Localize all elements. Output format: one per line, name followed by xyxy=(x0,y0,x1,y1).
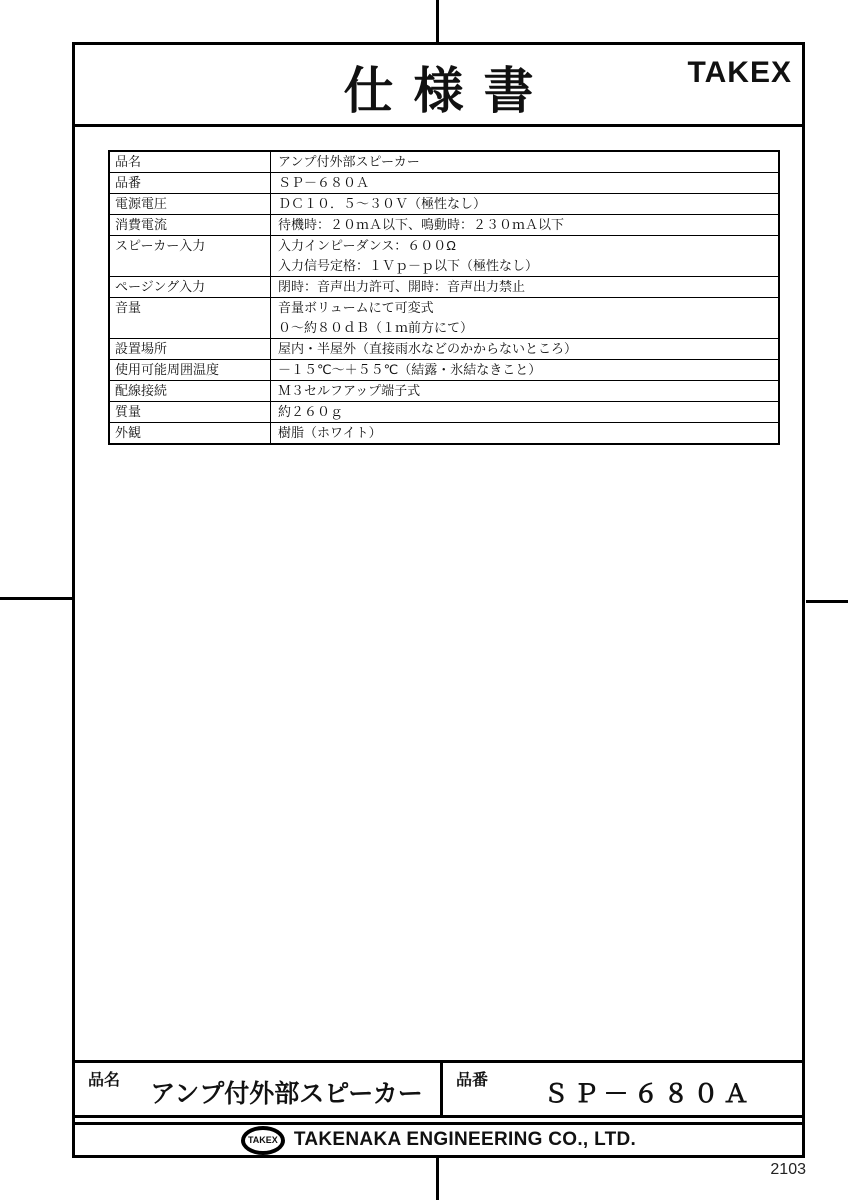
document-title: 仕様書 xyxy=(324,51,554,123)
spec-value: 音量ボリュームにて可変式 ０～約８０ｄＢ（１ｍ前方にて） xyxy=(271,298,778,338)
company-bar: TAKEX TAKENAKA ENGINEERING CO., LTD. xyxy=(75,1122,802,1155)
spec-label: ページング入力 xyxy=(110,277,271,297)
spec-value: 閉時：音声出力許可、開時：音声出力禁止 xyxy=(271,277,778,297)
spec-value: －１５℃～＋５５℃（結露・氷結なきこと） xyxy=(271,360,778,380)
product-name-cell: 品名 アンプ付外部スピーカー xyxy=(75,1063,443,1115)
spec-label: 使用可能周囲温度 xyxy=(110,360,271,380)
product-id-box: 品名 アンプ付外部スピーカー 品番 ＳＰ－６８０Ａ xyxy=(72,1060,805,1118)
crop-mark-left xyxy=(0,597,75,600)
table-row: スピーカー入力 入力インピーダンス：６００Ω 入力信号定格：１Ｖｐ－ｐ以下（極性… xyxy=(110,235,778,276)
header-band: 仕様書 TAKEX xyxy=(75,45,802,127)
spec-value: 入力インピーダンス：６００Ω 入力信号定格：１Ｖｐ－ｐ以下（極性なし） xyxy=(271,236,778,276)
spec-label: スピーカー入力 xyxy=(110,236,271,276)
takex-brand-logo: TAKEX xyxy=(688,56,792,90)
spec-value: 約２６０ｇ xyxy=(271,402,778,422)
table-row: 質量 約２６０ｇ xyxy=(110,401,778,422)
crop-mark-top xyxy=(436,0,439,43)
table-row: 音量 音量ボリュームにて可変式 ０～約８０ｄＢ（１ｍ前方にて） xyxy=(110,297,778,338)
spec-label: 品名 xyxy=(110,152,271,172)
spec-value: 屋内・半屋外（直接雨水などのかからないところ） xyxy=(271,339,778,359)
takex-oval-text: TAKEX xyxy=(248,1135,278,1145)
table-row: 配線接続 Ｍ３セルフアップ端子式 xyxy=(110,380,778,401)
spec-value: 樹脂（ホワイト） xyxy=(271,423,778,443)
spec-table: 品名 アンプ付外部スピーカー 品番 ＳＰ－６８０Ａ 電源電圧 ＤＣ１０．５～３０… xyxy=(108,150,780,445)
table-row: 消費電流 待機時：２０ｍＡ以下、鳴動時：２３０ｍＡ以下 xyxy=(110,214,778,235)
company-name: TAKENAKA ENGINEERING CO., LTD. xyxy=(294,1129,636,1151)
spec-label: 消費電流 xyxy=(110,215,271,235)
product-model-cell: 品番 ＳＰ－６８０Ａ xyxy=(443,1063,802,1115)
spec-label: 質量 xyxy=(110,402,271,422)
spec-value: ＳＰ－６８０Ａ xyxy=(271,173,778,193)
table-row: 使用可能周囲温度 －１５℃～＋５５℃（結露・氷結なきこと） xyxy=(110,359,778,380)
table-row: 品名 アンプ付外部スピーカー xyxy=(110,152,778,172)
table-row: 電源電圧 ＤＣ１０．５～３０Ｖ（極性なし） xyxy=(110,193,778,214)
spec-label: 配線接続 xyxy=(110,381,271,401)
takex-oval-icon: TAKEX xyxy=(241,1126,285,1155)
spec-label: 電源電圧 xyxy=(110,194,271,214)
spec-sheet-page: 仕様書 TAKEX TAKEX TAKENAKA ENGINEERING CO.… xyxy=(0,0,848,1200)
spec-label: 品番 xyxy=(110,173,271,193)
table-row: ページング入力 閉時：音声出力許可、開時：音声出力禁止 xyxy=(110,276,778,297)
page-number: 2103 xyxy=(758,1161,806,1179)
spec-value: アンプ付外部スピーカー xyxy=(271,152,778,172)
product-model-value: ＳＰ－６８０Ａ xyxy=(443,1074,802,1110)
spec-label: 外観 xyxy=(110,423,271,443)
product-name-value: アンプ付外部スピーカー xyxy=(75,1074,440,1110)
crop-mark-right xyxy=(806,600,848,603)
spec-value: 待機時：２０ｍＡ以下、鳴動時：２３０ｍＡ以下 xyxy=(271,215,778,235)
table-row: 外観 樹脂（ホワイト） xyxy=(110,422,778,443)
spec-label: 設置場所 xyxy=(110,339,271,359)
table-row: 品番 ＳＰ－６８０Ａ xyxy=(110,172,778,193)
spec-value: ＤＣ１０．５～３０Ｖ（極性なし） xyxy=(271,194,778,214)
spec-value: Ｍ３セルフアップ端子式 xyxy=(271,381,778,401)
crop-mark-bottom xyxy=(436,1157,439,1200)
spec-label: 音量 xyxy=(110,298,271,338)
table-row: 設置場所 屋内・半屋外（直接雨水などのかからないところ） xyxy=(110,338,778,359)
